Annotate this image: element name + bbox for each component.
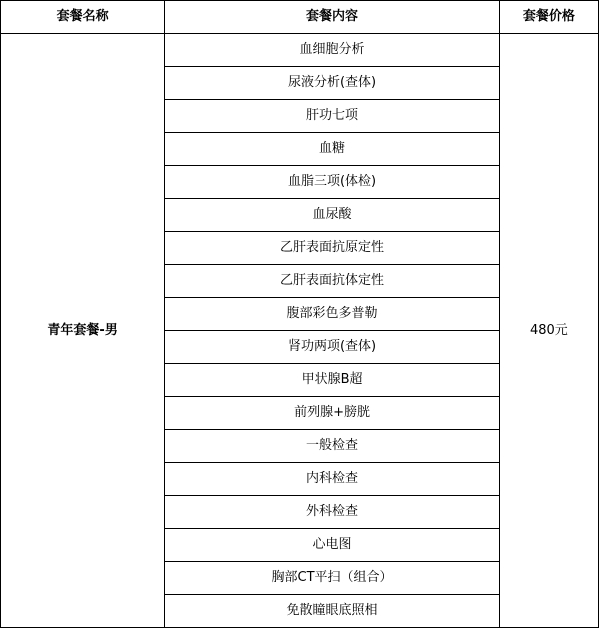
- package-item: 甲状腺B超: [165, 364, 500, 397]
- package-item: 乙肝表面抗原定性: [165, 232, 500, 265]
- package-price-cell: 480元: [499, 34, 598, 628]
- package-item: 腹部彩色多普勒: [165, 298, 500, 331]
- package-table: 套餐名称 套餐内容 套餐价格 青年套餐-男 血细胞分析 480元 尿液分析(查体…: [0, 0, 599, 628]
- package-item: 肾功两项(查体): [165, 331, 500, 364]
- package-item: 乙肝表面抗体定性: [165, 265, 500, 298]
- package-item: 血尿酸: [165, 199, 500, 232]
- package-item: 外科检查: [165, 496, 500, 529]
- package-item: 血糖: [165, 133, 500, 166]
- header-package-content: 套餐内容: [165, 1, 500, 34]
- table-row: 青年套餐-男 血细胞分析 480元: [1, 34, 599, 67]
- package-item: 前列腺+膀胱: [165, 397, 500, 430]
- package-item: 免散瞳眼底照相: [165, 595, 500, 628]
- package-item: 肝功七项: [165, 100, 500, 133]
- package-item: 内科检查: [165, 463, 500, 496]
- header-package-price: 套餐价格: [499, 1, 598, 34]
- package-name-cell: 青年套餐-男: [1, 34, 165, 628]
- header-row: 套餐名称 套餐内容 套餐价格: [1, 1, 599, 34]
- package-item: 心电图: [165, 529, 500, 562]
- table-body: 青年套餐-男 血细胞分析 480元 尿液分析(查体) 肝功七项 血糖 血脂三项(…: [1, 34, 599, 628]
- header-package-name: 套餐名称: [1, 1, 165, 34]
- package-item: 血细胞分析: [165, 34, 500, 67]
- package-item: 尿液分析(查体): [165, 67, 500, 100]
- package-item: 血脂三项(体检): [165, 166, 500, 199]
- package-item: 胸部CT平扫（组合）: [165, 562, 500, 595]
- package-item: 一般检查: [165, 430, 500, 463]
